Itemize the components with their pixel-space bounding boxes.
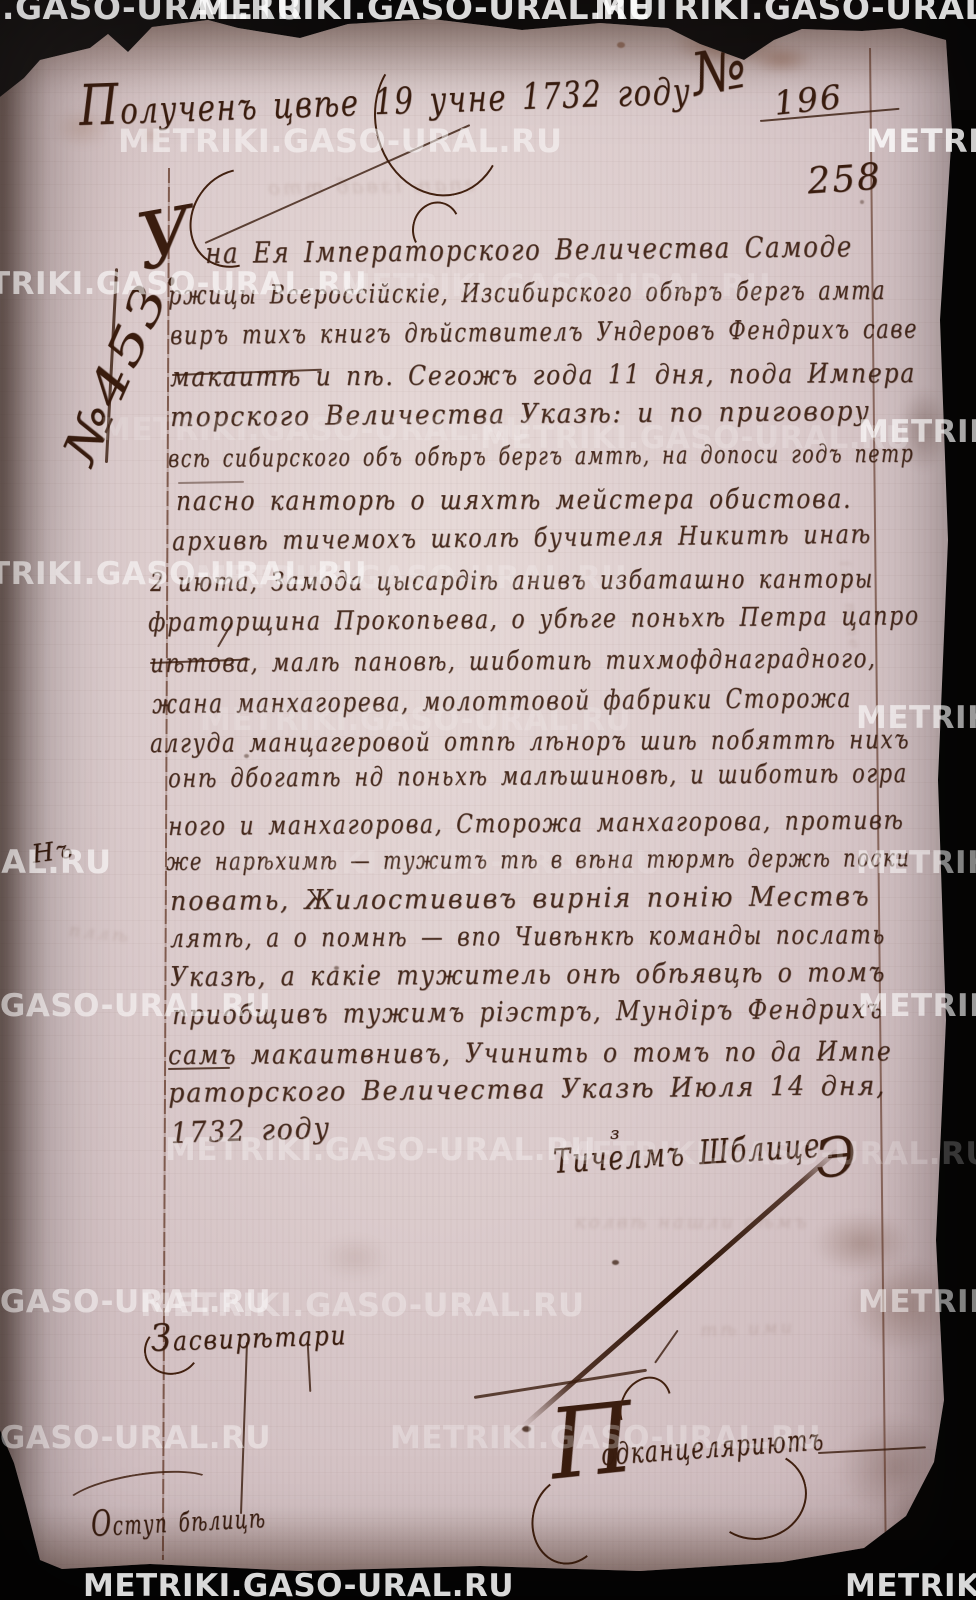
watermark-text: METRIKI.GASO-URAL.RU	[196, 560, 627, 596]
watermark-text: METRIKI.GASO-URAL.RU	[230, 845, 661, 881]
watermark-text: METRIKI.GASO-URAL.RU	[390, 1420, 821, 1456]
watermark-text: METRIKI.GASO-URAL.RU	[858, 988, 976, 1024]
watermark-text: METRIKI.GASO-URAL.RU	[200, 702, 631, 738]
watermark-text: METRIKI.GASO-URAL.RU	[866, 122, 976, 160]
watermark-text: METRIKI.GASO-URAL.RU	[594, 0, 976, 27]
watermark-text: METRIKI.GASO-URAL.RU	[140, 1286, 585, 1324]
watermark-text: METRIKI.GASO-URAL.RU	[560, 1136, 976, 1172]
watermark-text: METRIKI.GASO-URAL.RU	[845, 1568, 976, 1600]
watermark-text: METRIKI.GASO-URAL.RU	[0, 843, 112, 881]
watermark-text: METRIKI.GASO-URAL.RU	[856, 700, 976, 736]
watermark-text: METRIKI.GASO-URAL.RU	[856, 845, 976, 881]
photo-vignette	[0, 0, 976, 1600]
watermark-text: METRIKI.GASO-URAL.RU	[0, 988, 271, 1024]
watermark-text: METRIKI.GASO-URAL.RU	[480, 420, 911, 456]
watermark-text: METRIKI.GASO-URAL.RU	[0, 266, 367, 302]
watermark-text: METRIKI.GASO-URAL.RU	[165, 1132, 596, 1168]
watermark-text: METRIKI.GASO-URAL.RU	[83, 1568, 514, 1600]
watermark-text: METRIKI.GASO-URAL.RU	[118, 122, 563, 160]
watermark-text: METRIKI.GASO-URAL.RU	[858, 414, 976, 450]
watermark-text: METRIKI.GASO-URAL.RU	[197, 0, 655, 27]
manuscript-photo: гпаѣ ізваб тто колвѣ нашли сѣмъ пллѣ іло…	[0, 0, 976, 1600]
watermark-text: METRIKI.GASO-URAL.RU	[0, 1420, 271, 1456]
watermark-text: METRIKI.GASO-URAL.RU	[100, 412, 531, 448]
watermark-text: METRIKI.GASO-URAL.RU	[858, 1284, 976, 1320]
watermark-text: METRIKI.GASO-URAL.RU	[340, 268, 771, 304]
